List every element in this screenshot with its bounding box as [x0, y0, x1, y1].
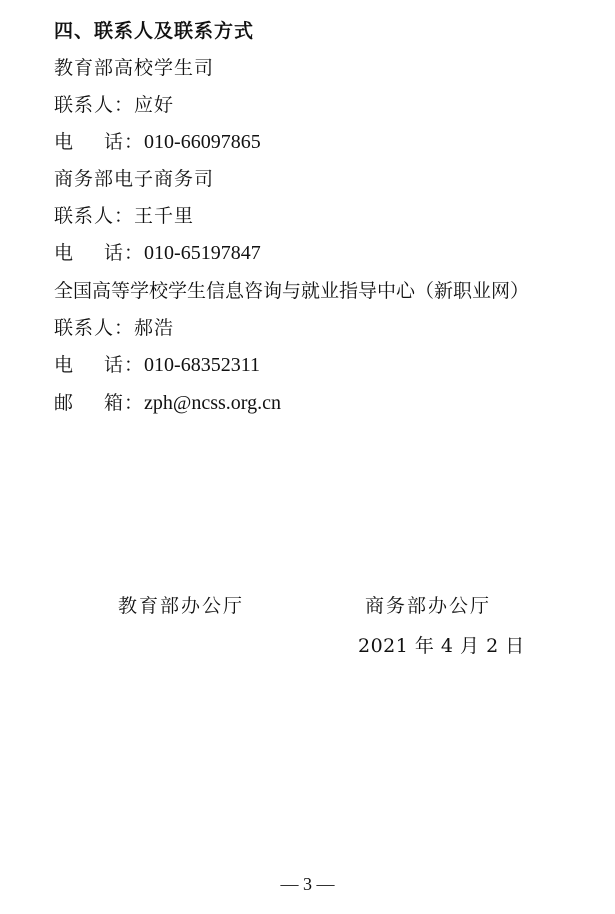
contact-person-label: 联系人： — [54, 94, 134, 116]
contact-phone-line: 电话：010-65197847 — [54, 241, 261, 265]
phone-label-2: 话： — [104, 131, 144, 153]
contact-person-line: 联系人：应好 — [54, 93, 174, 117]
contact-org: 教育部高校学生司 — [54, 56, 214, 80]
phone-label-2: 话： — [104, 242, 144, 264]
contact-phone-line: 电话：010-66097865 — [54, 130, 261, 154]
contact-org: 全国高等学校学生信息咨询与就业指导中心（新职业网） — [54, 279, 529, 303]
contact-person-line: 联系人：郝浩 — [54, 316, 174, 340]
contact-phone-line: 电话：010-68352311 — [54, 353, 260, 377]
contact-person: 郝浩 — [134, 317, 174, 339]
contact-phone: 010-66097865 — [144, 131, 261, 153]
contact-phone: 010-65197847 — [144, 242, 261, 264]
page-number: — 3 — — [0, 874, 615, 895]
email-label-1: 邮 — [54, 392, 74, 414]
contact-person: 王千里 — [134, 205, 194, 227]
contact-phone: 010-68352311 — [144, 354, 260, 376]
contact-person-line: 联系人：王千里 — [54, 204, 194, 228]
contact-person-label: 联系人： — [54, 317, 134, 339]
issue-date: 2021 年 4 月 2 日 — [358, 634, 525, 658]
contact-email-line: 邮箱：zph@ncss.org.cn — [54, 391, 281, 415]
contact-person-label: 联系人： — [54, 205, 134, 227]
phone-label-1: 电 — [54, 354, 74, 376]
email-label-2: 箱： — [104, 392, 144, 414]
contact-email[interactable]: zph@ncss.org.cn — [144, 392, 281, 414]
issuer-mofcom-office: 商务部办公厅 — [365, 594, 491, 618]
contact-org: 商务部电子商务司 — [54, 167, 214, 191]
issuer-moe-office: 教育部办公厅 — [118, 594, 244, 618]
section-heading: 四、联系人及联系方式 — [54, 19, 254, 43]
contact-person: 应好 — [134, 94, 174, 116]
phone-label-1: 电 — [54, 131, 74, 153]
phone-label-1: 电 — [54, 242, 74, 264]
phone-label-2: 话： — [104, 354, 144, 376]
